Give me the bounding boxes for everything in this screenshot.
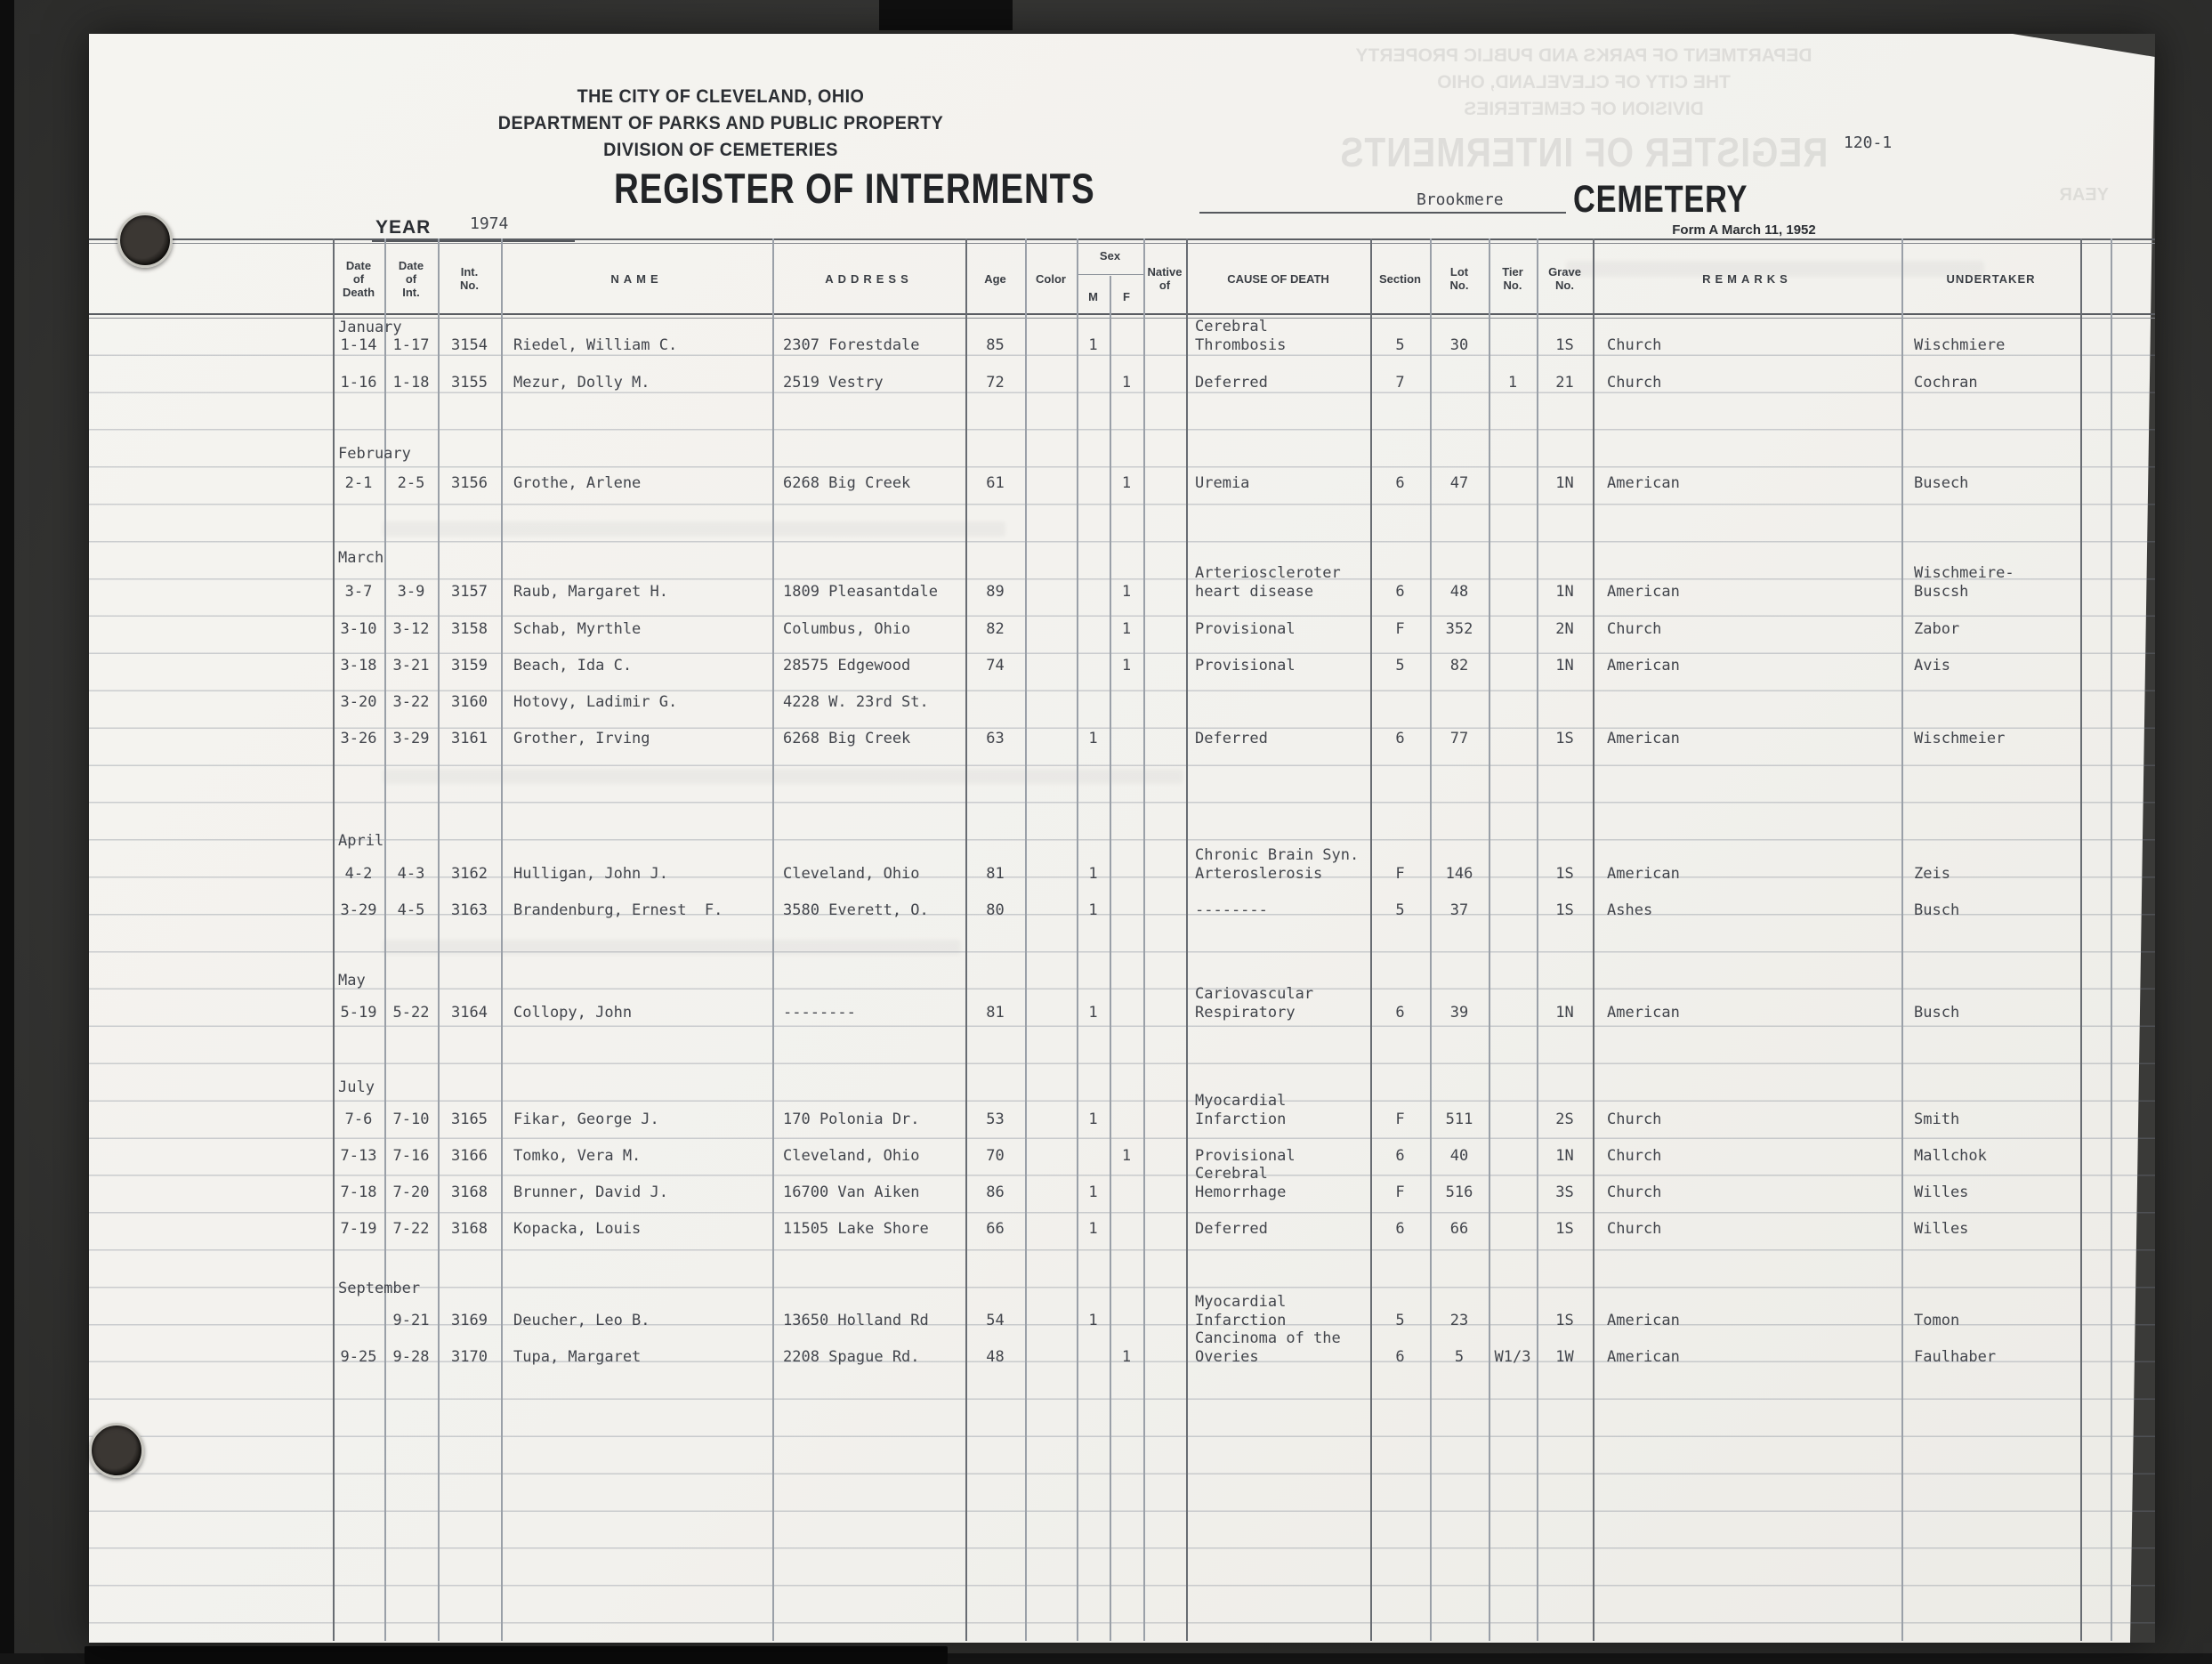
cell-name: Collopy, John	[513, 1004, 772, 1022]
cemetery-name: Brookmere	[1417, 190, 1504, 209]
column-divider	[1430, 238, 1432, 1641]
cell-cause: Cerebral Thrombosis	[1195, 318, 1370, 355]
cell-sex_f: 1	[1110, 374, 1143, 392]
col-header-cause-of-death: CAUSE OF DEATH	[1186, 244, 1370, 313]
cell-remarks: Church	[1607, 1220, 1901, 1239]
register-paper-sheet: DEPARTMENT OF PARKS AND PUBLIC PROPERTY …	[89, 34, 2155, 1643]
ghost-line: DEPARTMENT OF PARKS AND PUBLIC PROPERTY	[1005, 43, 2162, 69]
column-divider	[1186, 238, 1188, 1641]
cell-address: --------	[783, 1004, 965, 1022]
cell-undertaker: Busch	[1914, 901, 2080, 920]
col-header-remarks: REMARKS	[1593, 244, 1901, 313]
year-label: YEAR	[375, 217, 431, 238]
cell-dod: 1-16	[333, 374, 384, 392]
table-row: 5-195-223164Collopy, John--------811Cari…	[333, 981, 2111, 1022]
cell-no: 3168	[438, 1220, 501, 1239]
cell-undertaker: Wischmeire- Buscsh	[1914, 564, 2080, 602]
cell-dod: 2-1	[333, 474, 384, 493]
table-row: 3-263-293161Grother, Irving6268 Big Cree…	[333, 707, 2111, 748]
cell-name: Kopacka, Louis	[513, 1220, 772, 1239]
cell-lot: 5	[1430, 1348, 1489, 1367]
column-divider	[1077, 238, 1078, 1641]
agency-city-line: THE CITY OF CLEVELAND, OHIO	[445, 84, 997, 110]
cell-name: Brandenburg, Ernest F.	[513, 901, 772, 920]
cell-no: 3155	[438, 374, 501, 392]
cell-section: 5	[1370, 901, 1430, 920]
cell-address: 11505 Lake Shore	[783, 1220, 965, 1239]
paper-top-right-corner	[2013, 34, 2155, 57]
table-row: 9-259-283170Tupa, Margaret2208 Spague Rd…	[333, 1325, 2111, 1367]
cell-undertaker: Wischmeier	[1914, 730, 2080, 748]
cell-cause: Uremia	[1195, 474, 1370, 493]
cell-age: 80	[965, 901, 1025, 920]
table-row: 3-73-93157Raub, Margaret H.1809 Pleasant…	[333, 560, 2111, 602]
cell-remarks: American	[1607, 1348, 1901, 1367]
table-row: 1-161-183155Mezur, Dolly M.2519 Vestry72…	[333, 351, 2111, 392]
cell-sex_m: 1	[1077, 901, 1110, 920]
table-top-rule	[89, 238, 2155, 240]
sex-subheader-rule	[1077, 274, 1143, 275]
cell-age: 72	[965, 374, 1025, 392]
cell-cause: Cancinoma of the Overies	[1195, 1329, 1370, 1367]
cell-cause: --------	[1195, 901, 1370, 920]
cell-section: 6	[1370, 1348, 1430, 1367]
cell-no: 3163	[438, 901, 501, 920]
cell-cause: Arterioscleroter heart disease	[1195, 564, 1370, 602]
cell-name: Tupa, Margaret	[513, 1348, 772, 1367]
cell-cause: Cariovascular Respiratory	[1195, 985, 1370, 1022]
col-header-tier-no: Tier No.	[1489, 244, 1537, 313]
col-header-address: ADDRESS	[772, 244, 965, 313]
cell-no: 3156	[438, 474, 501, 493]
table-row: 9-213169Deucher, Leo B.13650 Holland Rd5…	[333, 1288, 2111, 1330]
column-divider	[1489, 238, 1490, 1641]
cell-remarks: American	[1607, 1004, 1901, 1022]
cell-grave: 1S	[1537, 1220, 1593, 1239]
column-divider	[333, 238, 335, 1641]
cell-address: 3580 Everett, O.	[783, 901, 965, 920]
cell-undertaker: Willes	[1914, 1220, 2080, 1239]
cell-sex_m: 1	[1077, 1220, 1110, 1239]
col-header-name: NAME	[501, 244, 772, 313]
col-header-native-of: Native of	[1143, 244, 1186, 313]
column-divider	[1537, 238, 1538, 1641]
table-row: 7-187-203168Brunner, David J.16700 Van A…	[333, 1160, 2111, 1202]
cell-address: 6268 Big Creek	[783, 730, 965, 748]
page-number: 120-1	[1844, 133, 1892, 152]
cell-tier: W1/3	[1489, 1348, 1537, 1367]
cell-remarks: Church	[1607, 374, 1901, 392]
col-header-age: Age	[965, 244, 1025, 313]
cell-age: 48	[965, 1348, 1025, 1367]
scan-left-edge	[0, 0, 14, 1664]
letterhead: THE CITY OF CLEVELAND, OHIO DEPARTMENT O…	[445, 84, 997, 164]
cell-section: 7	[1370, 374, 1430, 392]
column-divider	[1593, 238, 1594, 1641]
cell-section: 6	[1370, 730, 1430, 748]
cell-doi: 7-22	[384, 1220, 438, 1239]
cell-age: 63	[965, 730, 1025, 748]
ghost-line: THE CITY OF CLEVELAND, OHIO	[1005, 69, 2162, 96]
column-divider	[438, 238, 440, 1641]
cell-name: Grother, Irving	[513, 730, 772, 748]
col-header-undertaker: UNDERTAKER	[1901, 244, 2080, 313]
col-header-color: Color	[1025, 244, 1077, 313]
agency-department-line: DEPARTMENT OF PARKS AND PUBLIC PROPERTY	[445, 110, 997, 137]
cell-tier: 1	[1489, 374, 1537, 392]
table-row: 3-203-223160Hotovy, Ladimir G.4228 W. 23…	[333, 670, 2111, 712]
cell-address: 6268 Big Creek	[783, 474, 965, 493]
cell-age: 66	[965, 1220, 1025, 1239]
cell-remarks: Ashes	[1607, 901, 1901, 920]
col-header-sex-male: M	[1077, 279, 1110, 313]
col-header-section: Section	[1370, 244, 1430, 313]
cell-lot: 39	[1430, 1004, 1489, 1022]
cell-sex_m: 1	[1077, 1004, 1110, 1022]
year-value: 1974	[470, 214, 508, 233]
hole-punch-top	[117, 213, 173, 268]
column-divider	[1143, 238, 1145, 1641]
cell-no: 3161	[438, 730, 501, 748]
cell-grave: 1N	[1537, 474, 1593, 493]
cell-grave: 1N	[1537, 1004, 1593, 1022]
cell-grave: 1W	[1537, 1348, 1593, 1367]
col-header-sex: Sex	[1077, 246, 1143, 265]
column-divider	[2080, 238, 2082, 1641]
table-row: 2-12-53156Grothe, Arlene6268 Big Creek61…	[333, 451, 2111, 493]
hole-punch-bottom	[89, 1423, 144, 1478]
document-title: REGISTER OF INTERMENTS	[614, 164, 1052, 213]
cell-no: 3170	[438, 1348, 501, 1367]
cell-undertaker: Busch	[1914, 1004, 2080, 1022]
cell-doi: 5-22	[384, 1004, 438, 1022]
table-row: 7-197-223168Kopacka, Louis11505 Lake Sho…	[333, 1197, 2111, 1239]
cell-undertaker: Cochran	[1914, 374, 2080, 392]
cell-remarks: American	[1607, 730, 1901, 748]
cell-cause: Deferred	[1195, 374, 1370, 392]
cell-sex_m: 1	[1077, 730, 1110, 748]
column-divider	[2111, 238, 2112, 1641]
cell-doi: 4-5	[384, 901, 438, 920]
cell-undertaker: Busech	[1914, 474, 2080, 493]
col-header-sex-female: F	[1110, 279, 1143, 313]
col-header-date-of-interment: Date of Int.	[384, 244, 438, 313]
cell-grave: 1S	[1537, 730, 1593, 748]
cell-dod: 3-29	[333, 901, 384, 920]
cell-dod: 3-26	[333, 730, 384, 748]
cell-grave: 21	[1537, 374, 1593, 392]
cell-sex_f: 1	[1110, 1348, 1143, 1367]
ledger-lines	[89, 319, 2155, 1641]
scan-bottom-shadow-bar	[85, 1646, 948, 1664]
cell-lot: 66	[1430, 1220, 1489, 1239]
cell-name: Mezur, Dolly M.	[513, 374, 772, 392]
table-row: 3-294-53163Brandenburg, Ernest F.3580 Ev…	[333, 878, 2111, 920]
cell-cause: Deferred	[1195, 1220, 1370, 1239]
cell-grave: 1S	[1537, 901, 1593, 920]
table-row: 3-183-213159Beach, Ida C.28575 Edgewood7…	[333, 634, 2111, 675]
ghost-line: DIVISION OF CEMETERIES	[1005, 96, 2162, 123]
cell-undertaker: Faulhaber	[1914, 1348, 2080, 1367]
agency-division-line: DIVISION OF CEMETERIES	[445, 137, 997, 164]
cell-name: Grothe, Arlene	[513, 474, 772, 493]
cell-age: 81	[965, 1004, 1025, 1022]
table-row: 1-141-173154Riedel, William C.2307 Fores…	[333, 313, 2111, 355]
column-divider	[501, 238, 503, 1641]
cell-sex_f: 1	[1110, 474, 1143, 493]
cell-doi: 1-18	[384, 374, 438, 392]
cell-lot: 47	[1430, 474, 1489, 493]
column-divider	[1025, 238, 1027, 1641]
table-row: 7-137-163166Tomko, Vera M.Cleveland, Ohi…	[333, 1124, 2111, 1166]
column-divider	[1901, 238, 1903, 1641]
table-row: 7-67-103165Fikar, George J.170 Polonia D…	[333, 1087, 2111, 1129]
cell-remarks: American	[1607, 474, 1901, 493]
cell-section: 6	[1370, 1004, 1430, 1022]
col-header-interment-no: Int. No.	[438, 244, 501, 313]
table-row: 4-24-33162Hulligan, John J.Cleveland, Oh…	[333, 842, 2111, 884]
scanned-register-page: DEPARTMENT OF PARKS AND PUBLIC PROPERTY …	[0, 0, 2212, 1664]
column-divider	[772, 238, 774, 1641]
cell-lot: 37	[1430, 901, 1489, 920]
cell-dod: 5-19	[333, 1004, 384, 1022]
form-note: Form A March 11, 1952	[1628, 222, 1860, 238]
column-divider	[1370, 238, 1372, 1641]
cell-no: 3164	[438, 1004, 501, 1022]
cell-doi: 2-5	[384, 474, 438, 493]
cell-doi: 3-29	[384, 730, 438, 748]
cell-doi: 9-28	[384, 1348, 438, 1367]
cemetery-label: CEMETERY	[1573, 178, 1748, 222]
cell-cause: Deferred	[1195, 730, 1370, 748]
cell-address: 2519 Vestry	[783, 374, 965, 392]
column-divider	[965, 238, 967, 1641]
cell-section: 6	[1370, 1220, 1430, 1239]
cell-lot: 77	[1430, 730, 1489, 748]
col-header-grave-no: Grave No.	[1537, 244, 1593, 313]
binder-tab	[879, 0, 1013, 30]
cell-section: 6	[1370, 474, 1430, 493]
cell-address: 2208 Spague Rd.	[783, 1348, 965, 1367]
col-header-lot-no: Lot No.	[1430, 244, 1489, 313]
cemetery-underline	[1199, 212, 1566, 214]
cell-age: 61	[965, 474, 1025, 493]
cell-dod: 9-25	[333, 1348, 384, 1367]
cell-dod: 7-19	[333, 1220, 384, 1239]
ghost-title: REGISTER OF INTERMENTS	[1093, 128, 2076, 176]
col-header-date-of-death: Date of Death	[333, 244, 384, 313]
table-row: 3-103-123158Schab, MyrthleColumbus, Ohio…	[333, 597, 2111, 639]
